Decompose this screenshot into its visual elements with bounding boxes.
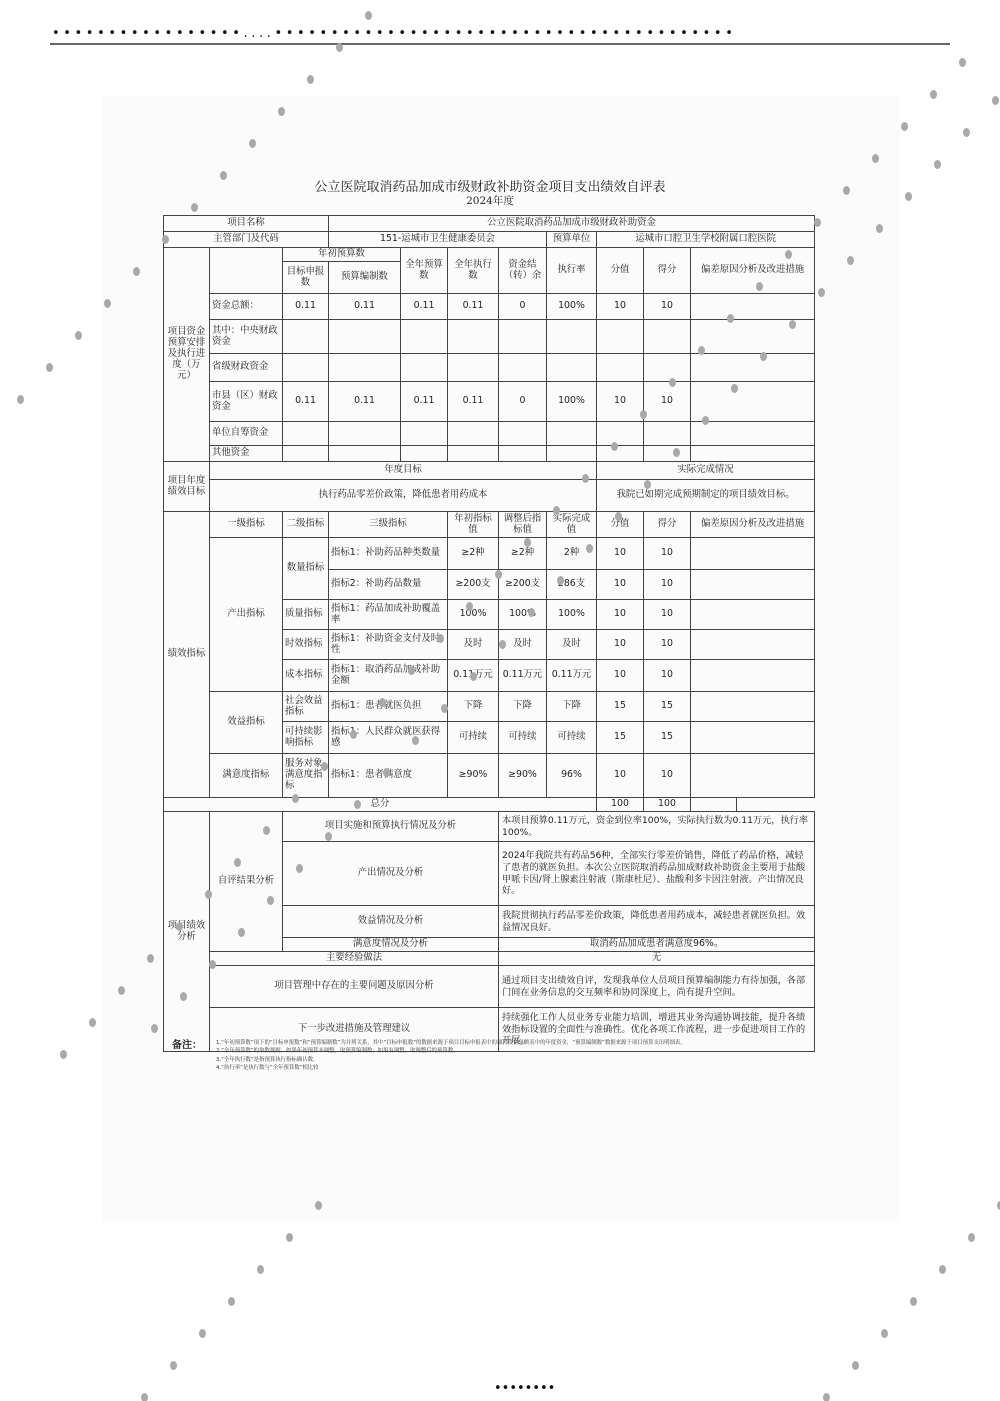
level3-indicator: 指标1：患者就医负担 [329,692,448,722]
table-cell [691,660,815,692]
column-header: 调整后指标值 [499,512,547,538]
table-cell: 0 [499,382,547,422]
column-header: 得分 [644,512,691,538]
indicators-section-label: 绩效指标 [164,512,210,798]
table-cell [283,354,329,382]
table-cell: ≥2种 [448,538,499,570]
table-cell: 0.11 [283,294,329,320]
notes-label: 备注： [172,1038,202,1054]
table-cell [401,446,448,462]
table-cell [448,422,499,446]
annual-goal-value: 执行药品零差价政策，降低患者用药成本 [210,480,597,512]
table-cell: 10 [597,538,644,570]
table-cell [691,600,815,630]
table-row: 总分100100 [164,798,815,812]
table-row: 其他资金 [164,446,815,462]
table-cell [401,422,448,446]
table-row: 执行药品零差价政策，降低患者用药成本我院已如期完成预期制定的项目绩效目标。 [164,480,815,512]
table-cell [691,354,815,382]
table-cell [329,446,401,462]
level2-indicator: 质量指标 [283,600,329,630]
column-header: 预算编制数 [329,262,401,294]
actual-label: 实际完成情况 [597,462,815,480]
budget-unit-value: 运城市口腔卫生学校附属口腔医院 [597,232,815,248]
table-cell [329,422,401,446]
header-dot-leader: •••••••••••••••••....•••••••••••••••••••… [52,26,736,41]
table-cell: 0.11 [283,382,329,422]
table-row: 主要经验做法无 [164,952,815,966]
annual-goal-label: 年度目标 [210,462,597,480]
fund-row-label: 资金总额： [210,294,283,320]
table-row: 项目管理中存在的主要问题及原因分析通过项目支出绩效自评，发现我单位人员项目预算编… [164,966,815,1008]
table-cell: 100% [547,600,597,630]
table-cell [691,692,815,722]
table-cell: ≥200支 [499,570,547,600]
table-cell [210,248,283,294]
note-item: 1.“年初预算数”项下的“目标申报数”和“预算编制数”为并列关系，其中“目标申报… [216,1039,822,1047]
column-header: 全年预算数 [401,248,448,294]
level2-indicator: 社会效益指标 [283,692,329,722]
header-rule [50,43,950,45]
table-cell: 0.11万元 [547,660,597,692]
fund-row-label: 其中：中央财政资金 [210,320,283,354]
table-row: 满意度指标服务对象满意度指标指标1：患者满意度≥90%≥90%96%1010 [164,754,815,798]
level3-indicator: 指标2：补助药品数量 [329,570,448,600]
table-cell: 及时 [448,630,499,660]
dept-label: 主管部门及代码 [164,232,329,248]
table-row: 绩效指标一级指标二级指标三级指标年初指标值调整后指标值实际完成值分值得分偏差原因… [164,512,815,538]
performance-self-evaluation-table: 项目名称公立医院取消药品加成市级财政补助资金主管部门及代码151-运城市卫生健康… [163,215,815,1052]
table-cell: 0.11万元 [499,660,547,692]
table-cell [691,422,815,446]
level3-indicator: 指标1：补助资金支付及时性 [329,630,448,660]
level2-indicator: 服务对象满意度指标 [283,754,329,798]
table-cell: 100% [448,600,499,630]
table-cell: 0.11 [329,382,401,422]
table-cell: 15 [597,722,644,754]
table-cell [691,798,737,812]
table-cell [283,422,329,446]
table-cell [499,422,547,446]
level3-indicator: 指标1：补助药品种类数量 [329,538,448,570]
table-cell [547,422,597,446]
table-cell [401,354,448,382]
table-cell: 15 [597,692,644,722]
column-header: 目标申报数 [283,262,329,294]
column-header: 一级指标 [210,512,283,538]
table-cell: 10 [597,294,644,320]
self-eval-label: 自评结果分析 [210,812,283,952]
table-row: 市县（区）财政资金0.110.110.110.110100%1010 [164,382,815,422]
table-cell [691,754,815,798]
table-cell: 10 [597,630,644,660]
table-cell: 15 [644,722,691,754]
table-cell [644,354,691,382]
analysis-item-label: 产出情况及分析 [283,842,499,906]
table-cell: 10 [644,538,691,570]
table-cell [547,354,597,382]
table-cell [691,722,815,754]
level3-indicator: 指标1：人民群众就医获得感 [329,722,448,754]
table-cell [691,538,815,570]
table-cell: 10 [644,294,691,320]
level2-indicator: 时效指标 [283,630,329,660]
footer-dot-leader: •••••••• [494,1381,555,1396]
total-label: 总分 [164,798,597,812]
table-cell: 10 [644,382,691,422]
funds-section-label: 项目资金预算安排及执行进度（万元） [164,248,210,462]
fund-row-label: 省级财政资金 [210,354,283,382]
table-row: 资金总额：0.110.110.110.110100%1010 [164,294,815,320]
table-cell [691,382,815,422]
table-cell: 96% [547,754,597,798]
table-cell [691,294,815,320]
table-cell [329,354,401,382]
table-cell: 0.11 [401,294,448,320]
column-header: 实际完成值 [547,512,597,538]
level1-indicator: 效益指标 [210,692,283,754]
level2-indicator: 成本指标 [283,660,329,692]
column-header: 偏差原因分析及改进措施 [691,248,815,294]
column-header: 执行率 [547,248,597,294]
experience-label: 主要经验做法 [210,952,499,966]
notes: 备注： 1.“年初预算数”项下的“目标申报数”和“预算编制数”为并列关系，其中“… [172,1039,822,1073]
table-cell: 10 [644,754,691,798]
actual-value: 我院已如期完成预期制定的项目绩效目标。 [597,480,815,512]
column-header: 得分 [644,248,691,294]
fund-row-label: 市县（区）财政资金 [210,382,283,422]
table-cell: 10 [644,630,691,660]
table-cell [547,446,597,462]
total-score: 100 [644,798,691,812]
note-item: 3.“全年执行数”是指预算执行指标确认数。 [216,1056,822,1064]
table-cell [691,446,815,462]
analysis-item-text: 本项目预算0.11万元，资金到位率100%，实际执行数为0.11万元，执行率10… [499,812,815,842]
table-cell: 可持续 [448,722,499,754]
fund-row-label: 其他资金 [210,446,283,462]
project-name-value: 公立医院取消药品加成市级财政补助资金 [329,216,815,232]
table-cell: 0.11 [448,294,499,320]
table-cell [597,446,644,462]
table-cell: 下降 [547,692,597,722]
note-item: 4.“执行率”是执行数与“全年预算数”相比较 [216,1064,822,1072]
dept-value: 151-运城市卫生健康委员会 [329,232,547,248]
column-header: 三级指标 [329,512,448,538]
level3-indicator: 指标1：取消药品加成补助金额 [329,660,448,692]
table-cell: 及时 [547,630,597,660]
column-header: 偏差原因分析及改进措施 [691,512,815,538]
problems-value: 通过项目支出绩效自评，发现我单位人员项目预算编制能力有待加强，各部门间在业务信息… [499,966,815,1008]
table-cell: 0.11 [329,294,401,320]
table-cell: 10 [597,382,644,422]
table-cell [597,354,644,382]
column-header: 年初指标值 [448,512,499,538]
column-header: 分值 [597,248,644,294]
analysis-item-label: 满意度情况及分析 [283,938,499,952]
column-header: 二级指标 [283,512,329,538]
analysis-item-label: 项目实施和预算执行情况及分析 [283,812,499,842]
table-cell [597,422,644,446]
table-row: 效益指标社会效益指标指标1：患者就医负担下降下降下降1515 [164,692,815,722]
table-cell [499,446,547,462]
table-cell [283,446,329,462]
table-cell [597,320,644,354]
table-cell [547,320,597,354]
table-cell: 100% [547,294,597,320]
analysis-section-label: 项目绩效分析 [164,812,210,1052]
table-cell: 下降 [499,692,547,722]
table-cell [499,320,547,354]
table-cell: 10 [597,754,644,798]
table-row: 项目年度绩效目标年度目标实际完成情况 [164,462,815,480]
level2-indicator: 数量指标 [283,538,329,600]
table-cell: ≥90% [448,754,499,798]
table-cell [691,570,815,600]
table-cell: ≥2种 [499,538,547,570]
table-cell: 可持续 [547,722,597,754]
table-row: 单位自筹资金 [164,422,815,446]
table-cell: 15 [644,692,691,722]
column-header: 全年执行数 [448,248,499,294]
note-item: 2.“全年预算数”的取数规则，如果年初预算未调整，取预算编制数；如果有调整，取调… [216,1047,822,1055]
total-value: 100 [597,798,644,812]
table-cell: 2种 [547,538,597,570]
table-cell [644,422,691,446]
table-cell: 0 [499,294,547,320]
budget-unit-label: 预算单位 [547,232,597,248]
column-header: 资金结（转）余 [499,248,547,294]
project-name-label: 项目名称 [164,216,329,232]
table-cell [448,354,499,382]
table-cell: 286支 [547,570,597,600]
table-cell: 100% [547,382,597,422]
table-row: 项目名称公立医院取消药品加成市级财政补助资金 [164,216,815,232]
document-year: 2024年度 [160,193,820,208]
level3-indicator: 指标1：药品加成补助覆盖率 [329,600,448,630]
goals-section-label: 项目年度绩效目标 [164,462,210,512]
table-cell: 100% [499,600,547,630]
table-cell: 10 [644,600,691,630]
table-cell: 10 [644,660,691,692]
table-row: 项目资金预算安排及执行进度（万元）年初预算数全年预算数全年执行数资金结（转）余执… [164,248,815,262]
table-row: 省级财政资金 [164,354,815,382]
table-cell: 可持续 [499,722,547,754]
initial-budget-header: 年初预算数 [283,248,401,262]
table-cell: 0.11 [401,382,448,422]
analysis-item-text: 取消药品加成患者满意度96%。 [499,938,815,952]
table-cell [644,320,691,354]
table-row: 项目绩效分析自评结果分析项目实施和预算执行情况及分析本项目预算0.11万元，资金… [164,812,815,842]
table-row: 主管部门及代码151-运城市卫生健康委员会预算单位运城市口腔卫生学校附属口腔医院 [164,232,815,248]
level1-indicator: 满意度指标 [210,754,283,798]
problems-label: 项目管理中存在的主要问题及原因分析 [210,966,499,1008]
table-cell: 10 [597,660,644,692]
table-cell [448,446,499,462]
table-cell: ≥90% [499,754,547,798]
table-cell [329,320,401,354]
level1-indicator: 产出指标 [210,538,283,692]
table-cell: ≥200支 [448,570,499,600]
table-cell [691,630,815,660]
experience-value: 无 [499,952,815,966]
table-cell [283,320,329,354]
table-cell: 10 [644,570,691,600]
analysis-item-text: 我院贯彻执行药品零差价政策，降低患者用药成本，减轻患者就医负担。效益情况良好。 [499,906,815,938]
table-cell [499,354,547,382]
table-cell [644,446,691,462]
table-row: 产出指标数量指标指标1：补助药品种类数量≥2种≥2种2种1010 [164,538,815,570]
table-cell: 10 [597,570,644,600]
table-row: 其中：中央财政资金 [164,320,815,354]
level2-indicator: 可持续影响指标 [283,722,329,754]
fund-row-label: 单位自筹资金 [210,422,283,446]
table-cell: 下降 [448,692,499,722]
table-cell: 10 [597,600,644,630]
table-cell [448,320,499,354]
table-cell [401,320,448,354]
analysis-item-text: 2024年我院共有药品56种，全部实行零差价销售，降低了药品价格，减轻了患者的就… [499,842,815,906]
table-cell: 0.11 [448,382,499,422]
analysis-item-label: 效益情况及分析 [283,906,499,938]
